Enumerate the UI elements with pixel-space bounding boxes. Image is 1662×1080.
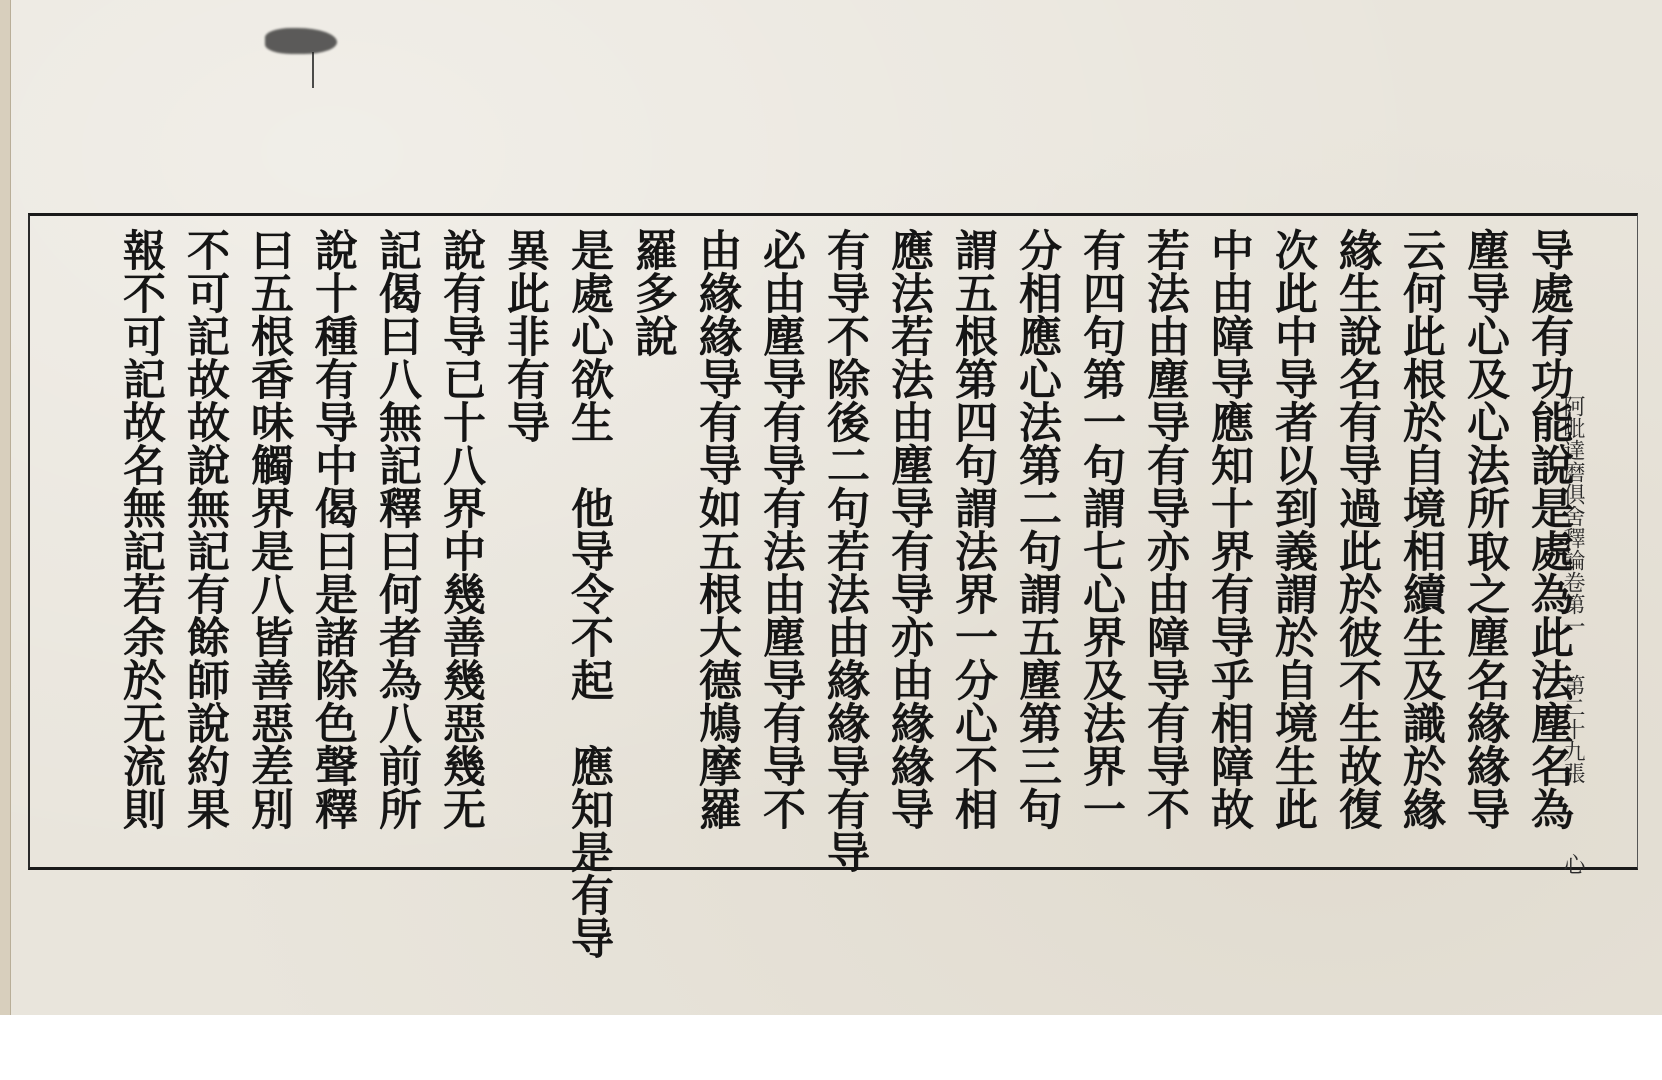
text-column-10: 謂五根第四句謂法界一分心不相	[942, 228, 1004, 830]
binding-edge	[0, 0, 11, 1015]
text-column-3: 云何此根於自境相續生及識於緣	[1390, 228, 1452, 830]
text-column-6: 中由障导應知十界有导乎相障故	[1198, 228, 1260, 830]
text-column-22: 不可記故故說無記有餘師說約果	[174, 228, 236, 830]
text-column-19: 記偈曰八無記釋曰何者為八前所	[366, 228, 428, 830]
ink-blot-stroke	[312, 52, 314, 88]
text-column-21: 曰五根香味觸界是八皆善惡差別	[238, 228, 300, 830]
verse-column-1: 是處心欲生 他导令不起 應知是有导	[558, 228, 620, 959]
text-column-13: 必由塵导有导有法由塵导有导不	[750, 228, 812, 830]
text-column-5: 次此中导者以到義謂於自境生此	[1262, 228, 1324, 830]
text-column-23: 報不可記故名無記若余於无流則	[110, 228, 172, 830]
ink-blot	[265, 28, 337, 54]
text-column-12: 有导不除後二句若法由緣緣导有导	[814, 228, 876, 873]
text-column-11: 應法若法由塵导有导亦由緣緣导	[878, 228, 940, 830]
scanned-page: 阿毗達磨俱舍釋論卷第一 第二十九張 心 导處有功能說是處為此法塵名為 塵导心及心…	[0, 0, 1662, 1015]
text-column-2: 塵导心及心法所取之塵名緣緣导	[1454, 228, 1516, 830]
text-column-8: 有四句第一句謂七心界及法界一	[1070, 228, 1132, 830]
text-column-17: 異此非有导	[494, 228, 556, 443]
text-column-20: 說十種有导中偈曰是諸除色聲釋	[302, 228, 364, 830]
text-column-14: 由緣緣导有导如五根大德鳩摩羅	[686, 228, 748, 830]
text-column-15: 羅多說	[622, 228, 684, 357]
text-column-7: 若法由塵导有导亦由障导有导不	[1134, 228, 1196, 830]
text-column-18: 說有导已十八界中幾善幾惡幾无	[430, 228, 492, 830]
text-column-1: 导處有功能說是處為此法塵名為	[1518, 228, 1580, 830]
text-columns: 导處有功能說是處為此法塵名為 塵导心及心法所取之塵名緣緣导 云何此根於自境相續生…	[40, 228, 1580, 868]
text-column-4: 緣生說名有导過此於彼不生故復	[1326, 228, 1388, 830]
text-column-9: 分相應心法第二句謂五塵第三句	[1006, 228, 1068, 830]
